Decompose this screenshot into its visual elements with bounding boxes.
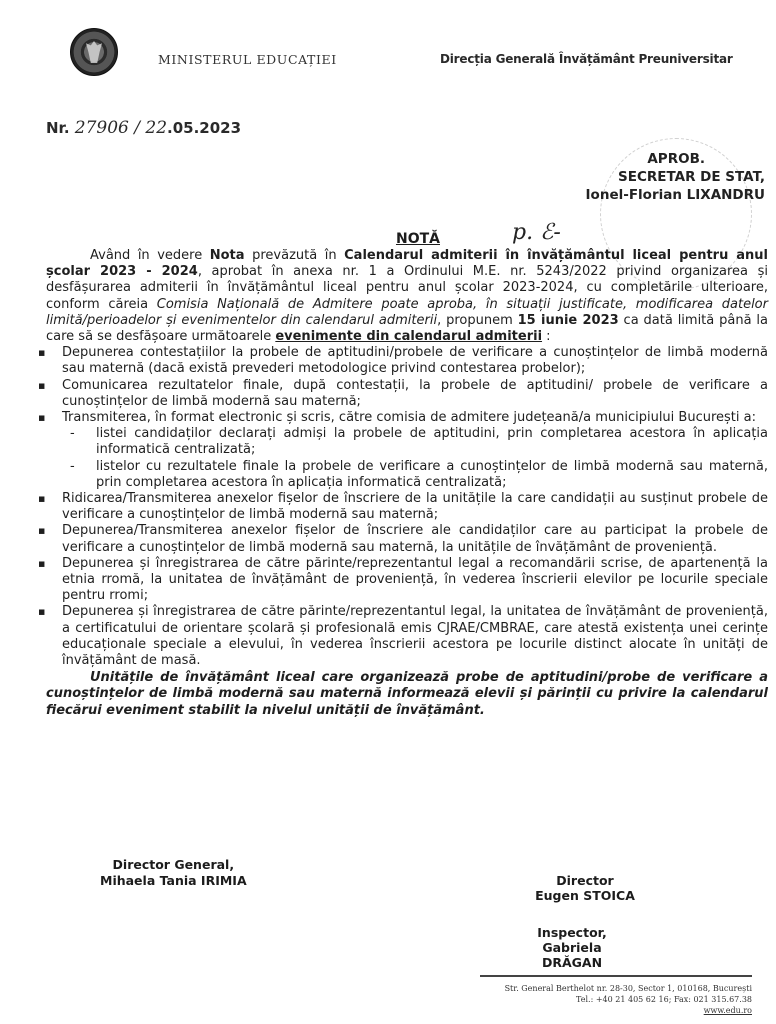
registration-day-handwritten: 22 bbox=[145, 118, 167, 138]
approval-block: APROB. SECRETAR DE STAT, Ionel-Florian L… bbox=[545, 150, 765, 204]
coat-of-arms-icon bbox=[86, 41, 102, 63]
list-item: Ridicarea/Transmiterea anexelor fișelor … bbox=[46, 491, 768, 523]
footer-divider bbox=[480, 975, 752, 977]
signature-name: Eugen STOICA bbox=[530, 888, 640, 903]
document-body: Având în vedere Nota prevăzută în Calend… bbox=[46, 248, 768, 719]
list-item: Depunerea/Transmiterea anexelor fișelor … bbox=[46, 523, 768, 555]
registration-date-rest: .05.2023 bbox=[167, 119, 241, 137]
ministry-name: MINISTERUL EDUCAȚIEI bbox=[158, 52, 337, 67]
approval-label: APROB. bbox=[545, 150, 765, 168]
signature-role: Director General, bbox=[100, 857, 247, 873]
list-item: Depunerea și înregistrarea de către pări… bbox=[46, 604, 768, 669]
registration-separator: / bbox=[129, 118, 146, 138]
footer-website: www.edu.ro bbox=[480, 1005, 752, 1016]
document-title: NOTĂ bbox=[0, 231, 776, 247]
footer-phone: Tel.: +40 21 405 62 16; Fax: 021 315.67.… bbox=[480, 994, 752, 1005]
list-item: Transmiterea, în format electronic și sc… bbox=[46, 410, 768, 491]
approval-role: SECRETAR DE STAT, bbox=[545, 168, 765, 186]
closing-paragraph: Unitățile de învățământ liceal care orga… bbox=[46, 670, 768, 719]
ministry-seal-logo bbox=[70, 28, 118, 76]
registration-prefix: Nr. bbox=[46, 119, 70, 137]
registration-number: Nr. 27906 / 22.05.2023 bbox=[46, 118, 241, 138]
approval-name: Ionel-Florian LIXANDRU bbox=[545, 186, 765, 204]
signature-director: Director Eugen STOICA bbox=[530, 873, 640, 903]
footer-contact: Str. General Berthelot nr. 28-30, Sector… bbox=[480, 983, 752, 1016]
list-item: Depunerea contestațiilor la probele de a… bbox=[46, 345, 768, 377]
events-list: Depunerea contestațiilor la probele de a… bbox=[46, 345, 768, 669]
registration-number-handwritten: 27906 bbox=[75, 118, 129, 138]
directorate-name: Direcția Generală Învățământ Preuniversi… bbox=[440, 52, 733, 66]
sub-list-item: listelor cu rezultatele finale la probel… bbox=[96, 459, 768, 491]
signature-role: Inspector, bbox=[512, 925, 632, 940]
signature-name: Gabriela DRĂGAN bbox=[512, 940, 632, 970]
intro-paragraph: Având în vedere Nota prevăzută în Calend… bbox=[46, 248, 768, 345]
signature-director-general: Director General, Mihaela Tania IRIMIA bbox=[100, 857, 247, 889]
signature-name: Mihaela Tania IRIMIA bbox=[100, 873, 247, 889]
signature-inspector: Inspector, Gabriela DRĂGAN bbox=[512, 925, 632, 970]
sub-list: listei candidaților declarați admiși la … bbox=[62, 426, 768, 491]
list-item: Depunerea și înregistrarea de către pări… bbox=[46, 556, 768, 605]
sub-list-item: listei candidaților declarați admiși la … bbox=[96, 426, 768, 458]
signature-role: Director bbox=[530, 873, 640, 888]
list-item: Comunicarea rezultatelor finale, după co… bbox=[46, 378, 768, 410]
footer-address: Str. General Berthelot nr. 28-30, Sector… bbox=[480, 983, 752, 994]
